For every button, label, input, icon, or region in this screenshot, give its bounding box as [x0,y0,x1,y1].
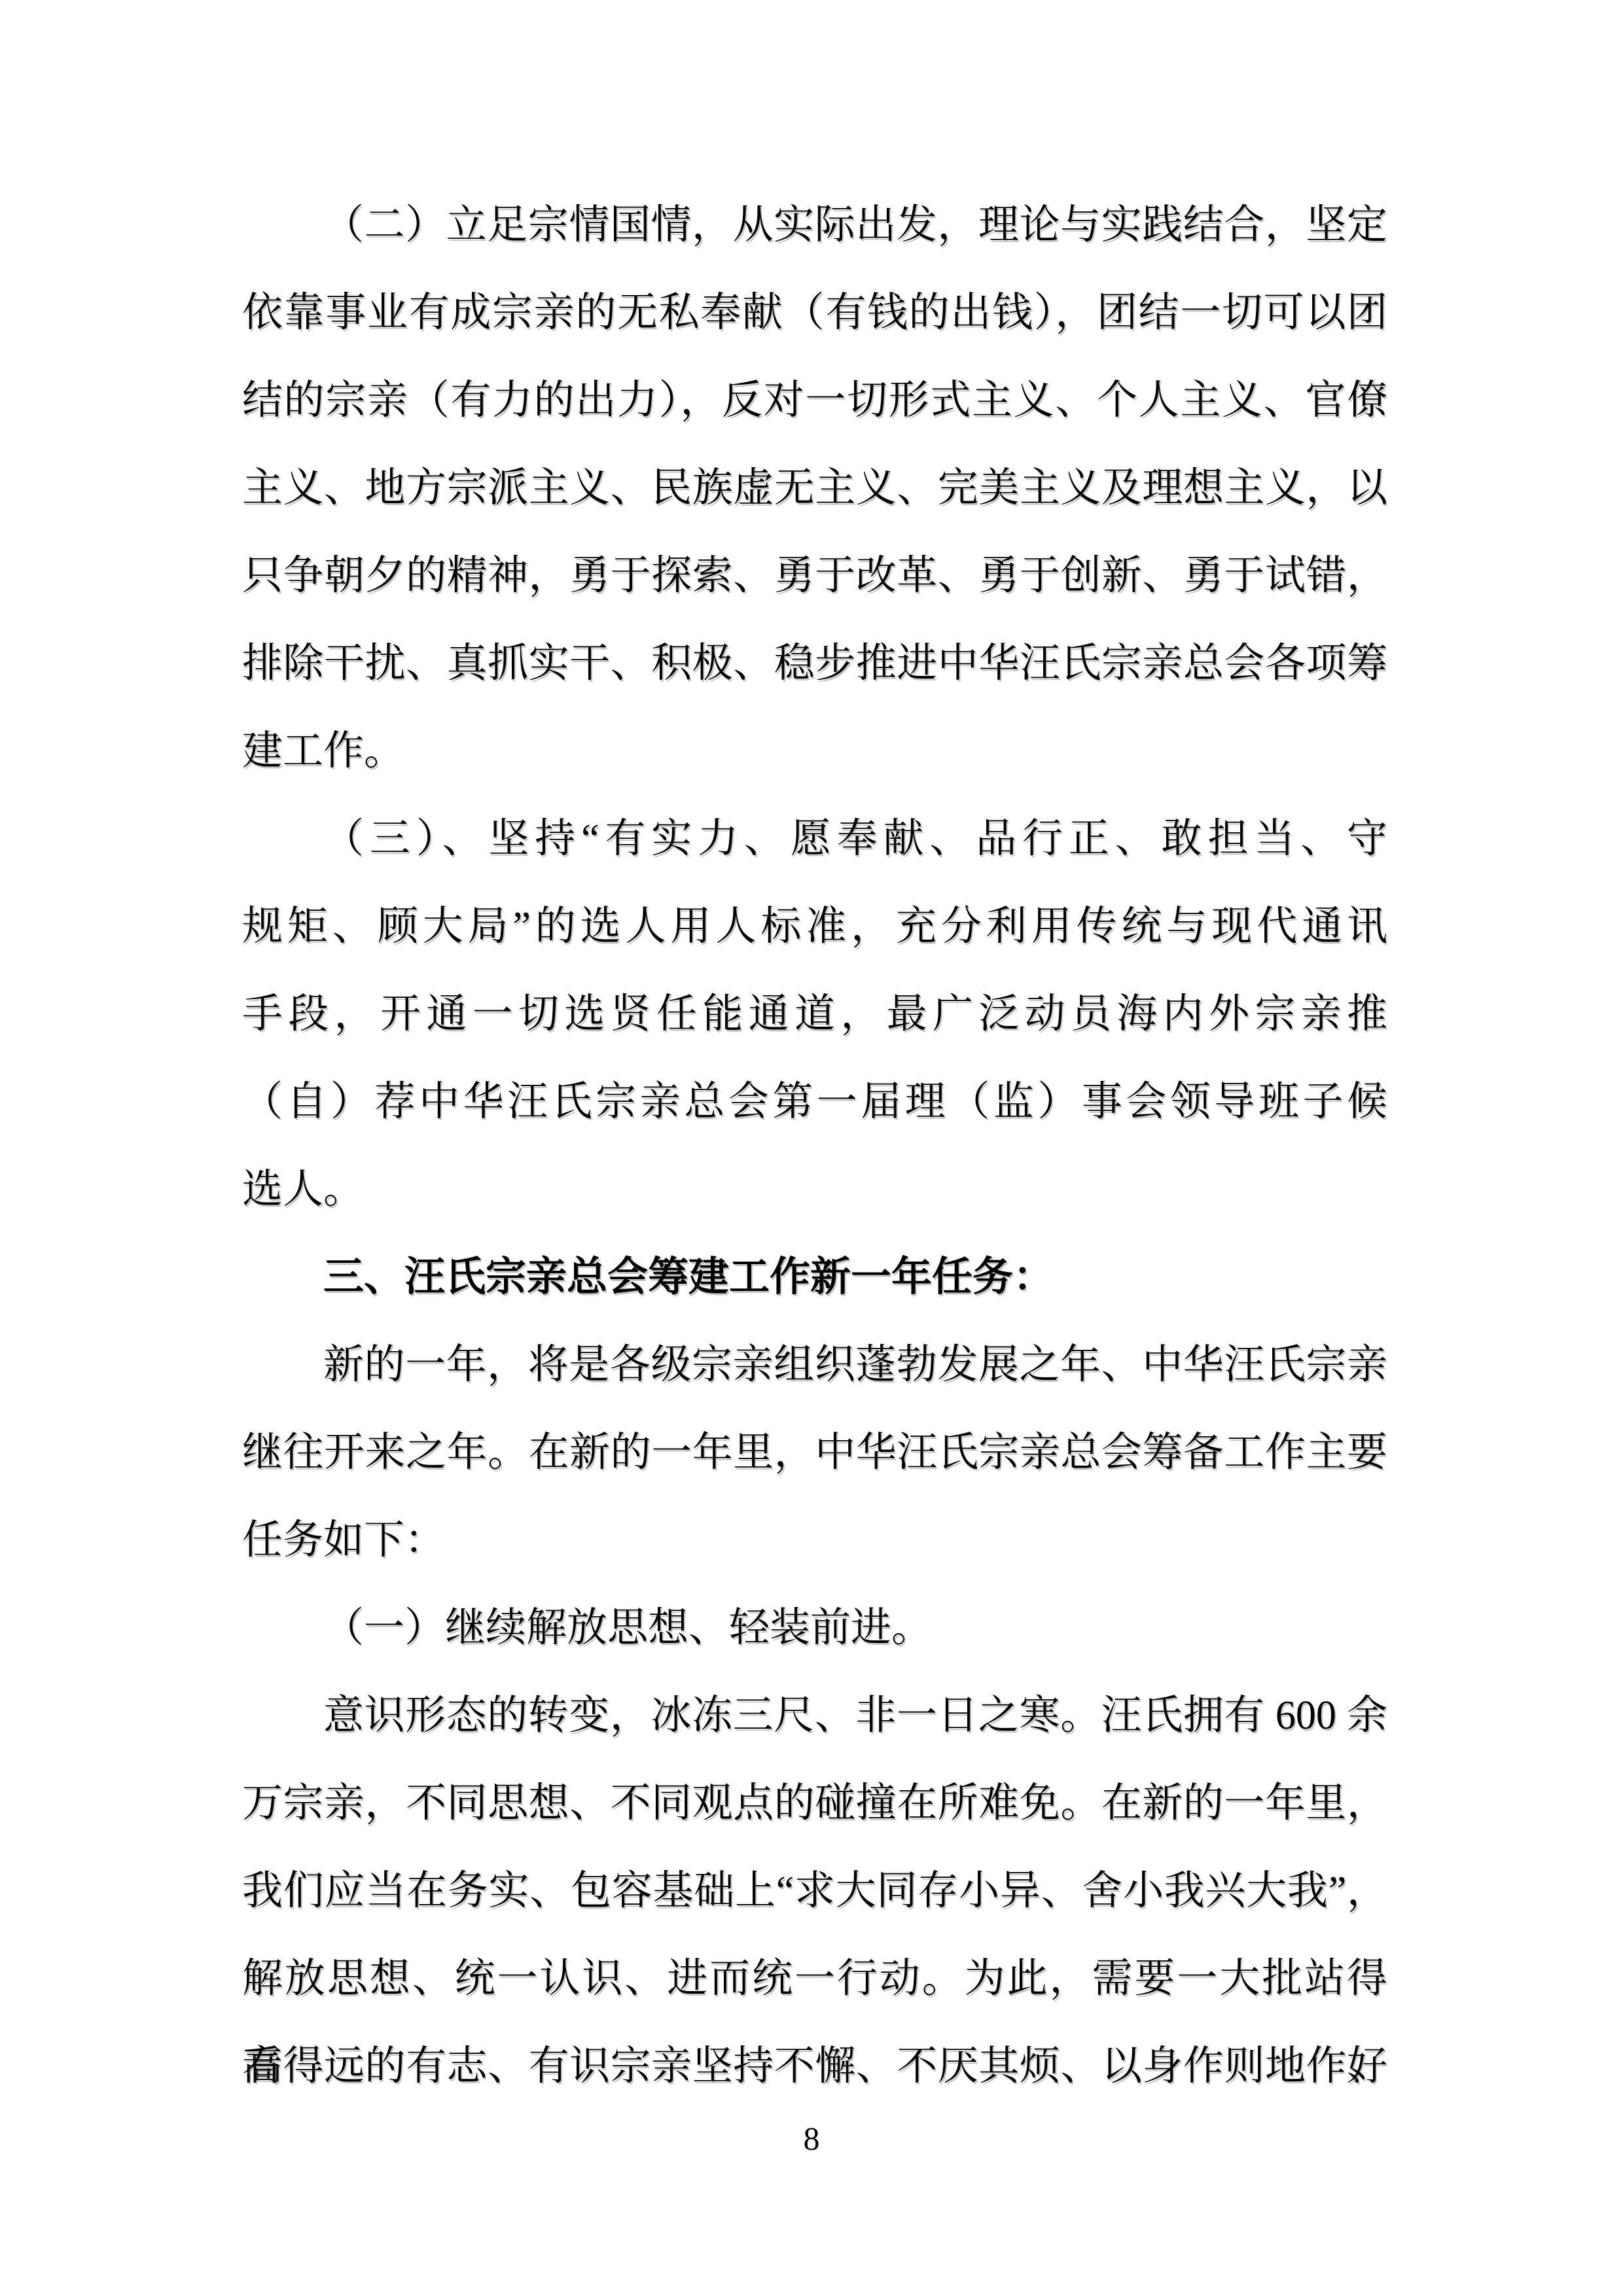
text-line: 建工作。 [242,707,1387,795]
text-line: 手段，开通一切选贤任能通道，最广泛动员海内外宗亲推 [242,970,1387,1058]
text-line: 新的一年，将是各级宗亲组织蓬勃发展之年、中华汪氏宗亲 [242,1321,1387,1409]
section-heading: 三、汪氏宗亲总会筹建工作新一年任务： [242,1233,1387,1321]
page-number: 8 [0,2112,1623,2164]
text-line: 继往开来之年。在新的一年里，中华汪氏宗亲总会筹备工作主要 [242,1409,1387,1496]
text-line: 规矩、顾大局”的选人用人标准，充分利用传统与现代通讯 [242,883,1387,970]
text-line: 任务如下： [242,1496,1387,1584]
document-page: （二）立足宗情国情，从实际出发，理论与实践结合，坚定 依靠事业有成宗亲的无私奉献… [0,0,1623,2296]
text-line: 我们应当在务实、包容基础上“求大同存小异、舍小我兴大我”， [242,1847,1387,1935]
text-line: 排除干扰、真抓实干、积极、稳步推进中华汪氏宗亲总会各项筹 [242,620,1387,707]
text-line: （二）立足宗情国情，从实际出发，理论与实践结合，坚定 [242,181,1387,269]
text-line: （自）荐中华汪氏宗亲总会第一届理（监）事会领导班子候 [242,1058,1387,1146]
text-line: 依靠事业有成宗亲的无私奉献（有钱的出钱），团结一切可以团 [242,269,1387,357]
text-line: 解放思想、统一认识、进而统一行动。为此，需要一大批站得高、 [242,1935,1387,2022]
text-line: 万宗亲，不同思想、不同观点的碰撞在所难免。在新的一年里， [242,1759,1387,1847]
text-line: （一）继续解放思想、轻装前进。 [242,1584,1387,1672]
text-line: 主义、地方宗派主义、民族虚无主义、完美主义及理想主义，以 [242,444,1387,532]
text-body: （二）立足宗情国情，从实际出发，理论与实践结合，坚定 依靠事业有成宗亲的无私奉献… [242,181,1387,2110]
text-line: 意识形态的转变，冰冻三尺、非一日之寒。汪氏拥有 600 余 [242,1672,1387,1759]
text-line: 结的宗亲（有力的出力），反对一切形式主义、个人主义、官僚 [242,357,1387,444]
text-line: （三）、坚持“有实力、愿奉献、品行正、敢担当、守 [242,795,1387,883]
text-line: 看得远的有志、有识宗亲坚持不懈、不厌其烦、以身作则地作好 [242,2022,1387,2110]
text-line: 选人。 [242,1146,1387,1233]
text-line: 只争朝夕的精神，勇于探索、勇于改革、勇于创新、勇于试错， [242,532,1387,620]
